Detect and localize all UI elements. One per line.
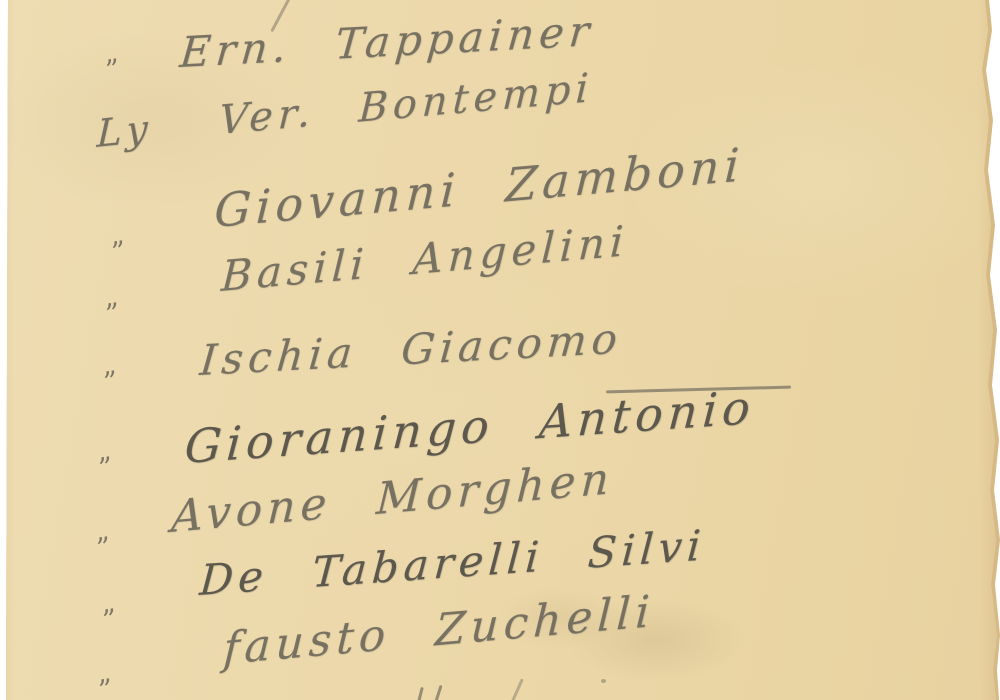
- name-line-1: Ern. Tappainer: [178, 6, 596, 77]
- ditto-mark: „: [95, 435, 113, 468]
- name-line-6: Gioraningo Antonio: [183, 380, 757, 474]
- ditto-mark: „: [100, 349, 118, 382]
- ditto-mark: „: [102, 37, 120, 70]
- margin-note: Ly: [96, 106, 153, 156]
- ditto-mark: „: [95, 657, 113, 690]
- scanned-document: „ Ern. Tappainer Ly Ver. Bontempi „ Giov…: [0, 0, 1000, 700]
- name-line-2: Ver. Bontempi: [218, 65, 594, 144]
- cutoff-stroke-bottom: [434, 685, 442, 700]
- pencil-dot: [601, 679, 606, 683]
- ditto-mark: „: [108, 219, 126, 252]
- paper-sheet: „ Ern. Tappainer Ly Ver. Bontempi „ Giov…: [0, 0, 1000, 700]
- cutoff-stroke-bottom: [511, 678, 524, 700]
- cutoff-stroke-bottom: [417, 687, 424, 700]
- ditto-mark: „: [102, 281, 120, 314]
- name-line-5: Ischia Giacomo: [198, 314, 624, 385]
- ditto-mark: „: [99, 587, 117, 620]
- name-line-3: Giovanni Zamboni: [213, 137, 745, 238]
- ditto-mark: „: [93, 515, 111, 548]
- name-line-9: fausto Zuchelli: [222, 586, 656, 675]
